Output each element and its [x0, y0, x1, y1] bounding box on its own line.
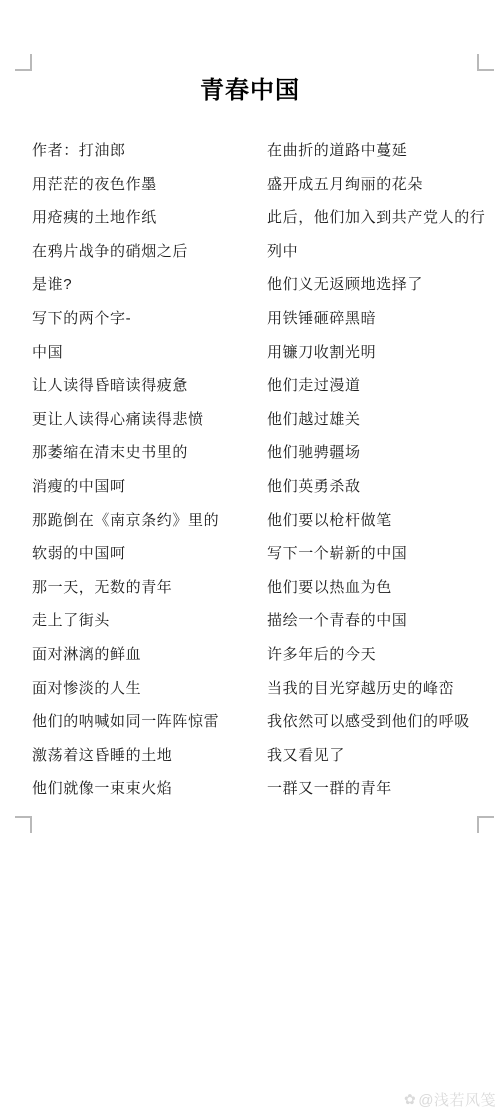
- text-boundary-mark-top-left: [15, 54, 32, 71]
- text-boundary-mark-bottom-right: [477, 816, 494, 833]
- poem-line: 他们就像一束束火焰: [32, 772, 219, 806]
- poem-line: 那萎缩在清末史书里的: [32, 436, 219, 470]
- poem-line: 面对惨淡的人生: [32, 672, 219, 706]
- poem-line: 他们要以枪杆做笔: [267, 504, 485, 538]
- poem-line: 描绘一个青春的中国: [267, 604, 485, 638]
- poem-line: 作者：打油郎: [32, 134, 219, 168]
- poem-line: 软弱的中国呵: [32, 537, 219, 571]
- poem-line: 一群又一群的青年: [267, 772, 485, 806]
- poem-line: 用铁锤砸碎黑暗: [267, 302, 485, 336]
- poem-line: 我依然可以感受到他们的呼吸: [267, 705, 485, 739]
- poem-line: 盛开成五月绚丽的花朵: [267, 168, 485, 202]
- poem-line: 用茫茫的夜色作墨: [32, 168, 219, 202]
- poem-line: 他们英勇杀敌: [267, 470, 485, 504]
- poem-line: 消瘦的中国呵: [32, 470, 219, 504]
- poem-line: 面对淋漓的鲜血: [32, 638, 219, 672]
- right-column: 在曲折的道路中蔓延盛开成五月绚丽的花朵此后，他们加入到共产党人的行列中他们义无返…: [267, 134, 485, 806]
- poem-line: 写下一个崭新的中国: [267, 537, 485, 571]
- poem-title: 青春中国: [0, 70, 500, 105]
- poem-line: 他们义无返顾地选择了: [267, 268, 485, 302]
- poem-line: 我又看见了: [267, 739, 485, 773]
- left-column: 作者：打油郎用茫茫的夜色作墨用疮痍的土地作纸在鸦片战争的硝烟之后是谁?写下的两个…: [32, 134, 219, 806]
- watermark: ✿ @浅若风笺: [404, 1089, 496, 1110]
- poem-line: 在鸦片战争的硝烟之后: [32, 235, 219, 269]
- poem-line: 用镰刀收割光明: [267, 336, 485, 370]
- poem-line: 他们驰骋疆场: [267, 436, 485, 470]
- poem-line: 是谁?: [32, 268, 219, 302]
- poem-line: 让人读得昏暗读得疲惫: [32, 369, 219, 403]
- watermark-logo-icon: ✿: [404, 1091, 416, 1108]
- poem-line: 那跪倒在《南京条约》里的: [32, 504, 219, 538]
- poem-line: 走上了街头: [32, 604, 219, 638]
- poem-line: 写下的两个字-: [32, 302, 219, 336]
- poem-line: 他们的呐喊如同一阵阵惊雷: [32, 705, 219, 739]
- poem-line: 中国: [32, 336, 219, 370]
- poem-line: 当我的目光穿越历史的峰峦: [267, 672, 485, 706]
- poem-line: 在曲折的道路中蔓延: [267, 134, 485, 168]
- poem-line: 许多年后的今天: [267, 638, 485, 672]
- poem-line: 此后，他们加入到共产党人的行: [267, 201, 485, 235]
- poem-line: 他们越过雄关: [267, 403, 485, 437]
- watermark-text: @浅若风笺: [418, 1089, 496, 1110]
- text-boundary-mark-bottom-left: [15, 816, 32, 833]
- poem-line: 他们走过漫道: [267, 369, 485, 403]
- document-page: 青春中国 作者：打油郎用茫茫的夜色作墨用疮痍的土地作纸在鸦片战争的硝烟之后是谁?…: [0, 0, 500, 1116]
- poem-line: 更让人读得心痛读得悲愤: [32, 403, 219, 437]
- poem-line: 用疮痍的土地作纸: [32, 201, 219, 235]
- poem-line: 那一天，无数的青年: [32, 571, 219, 605]
- text-boundary-mark-top-right: [477, 54, 494, 71]
- poem-line: 列中: [267, 235, 485, 269]
- poem-line: 激荡着这昏睡的土地: [32, 739, 219, 773]
- poem-line: 他们要以热血为色: [267, 571, 485, 605]
